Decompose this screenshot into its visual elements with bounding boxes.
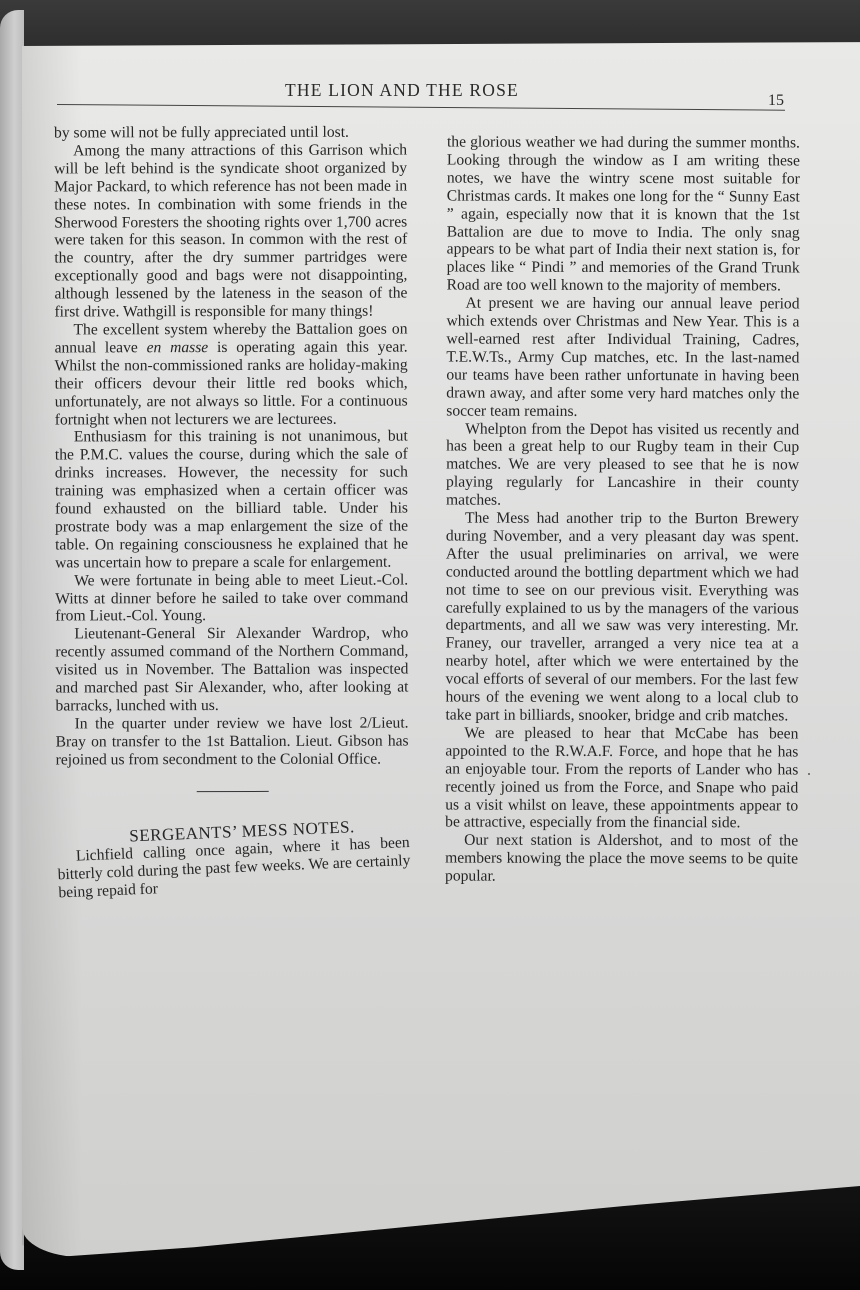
paragraph: Among the many attractions of this Garri… — [54, 141, 407, 321]
running-header: THE LION AND THE ROSE 15 — [57, 78, 817, 108]
paragraph: The excellent system whereby the Battali… — [54, 321, 407, 429]
paragraph: Our next station is Aldershot, and to mo… — [445, 832, 798, 887]
paragraph: The Mess had another trip to the Burton … — [445, 510, 799, 726]
paragraph: We were fortunate in being able to meet … — [55, 571, 408, 626]
left-column: by some will not be fully appreciated un… — [54, 124, 409, 902]
running-title: THE LION AND THE ROSE — [285, 80, 519, 101]
paragraph: We are pleased to hear that McCabe has b… — [445, 724, 798, 832]
paragraph: Enthusiasm for this training is not unan… — [55, 428, 408, 572]
print-speck — [808, 773, 810, 775]
paragraph: Lieutenant-General Sir Alexander Wardrop… — [55, 625, 408, 715]
book-spine — [0, 10, 24, 1270]
right-column: the glorious weather we had during the s… — [445, 134, 800, 887]
sergeants-mess-section: SERGEANTS’ MESS NOTES. Lichfield calling… — [56, 816, 412, 902]
italic-phrase: en masse — [147, 339, 209, 356]
paragraph: Whelpton from the Depot has visited us r… — [446, 420, 799, 510]
page-number: 15 — [768, 92, 784, 110]
paragraph: the glorious weather we had during the s… — [447, 134, 800, 296]
paragraph: In the quarter under review we have lost… — [56, 714, 409, 769]
paragraph: by some will not be fully appreciated un… — [54, 124, 407, 143]
paragraph: At present we are having our annual leav… — [446, 295, 799, 421]
section-divider — [196, 791, 268, 792]
